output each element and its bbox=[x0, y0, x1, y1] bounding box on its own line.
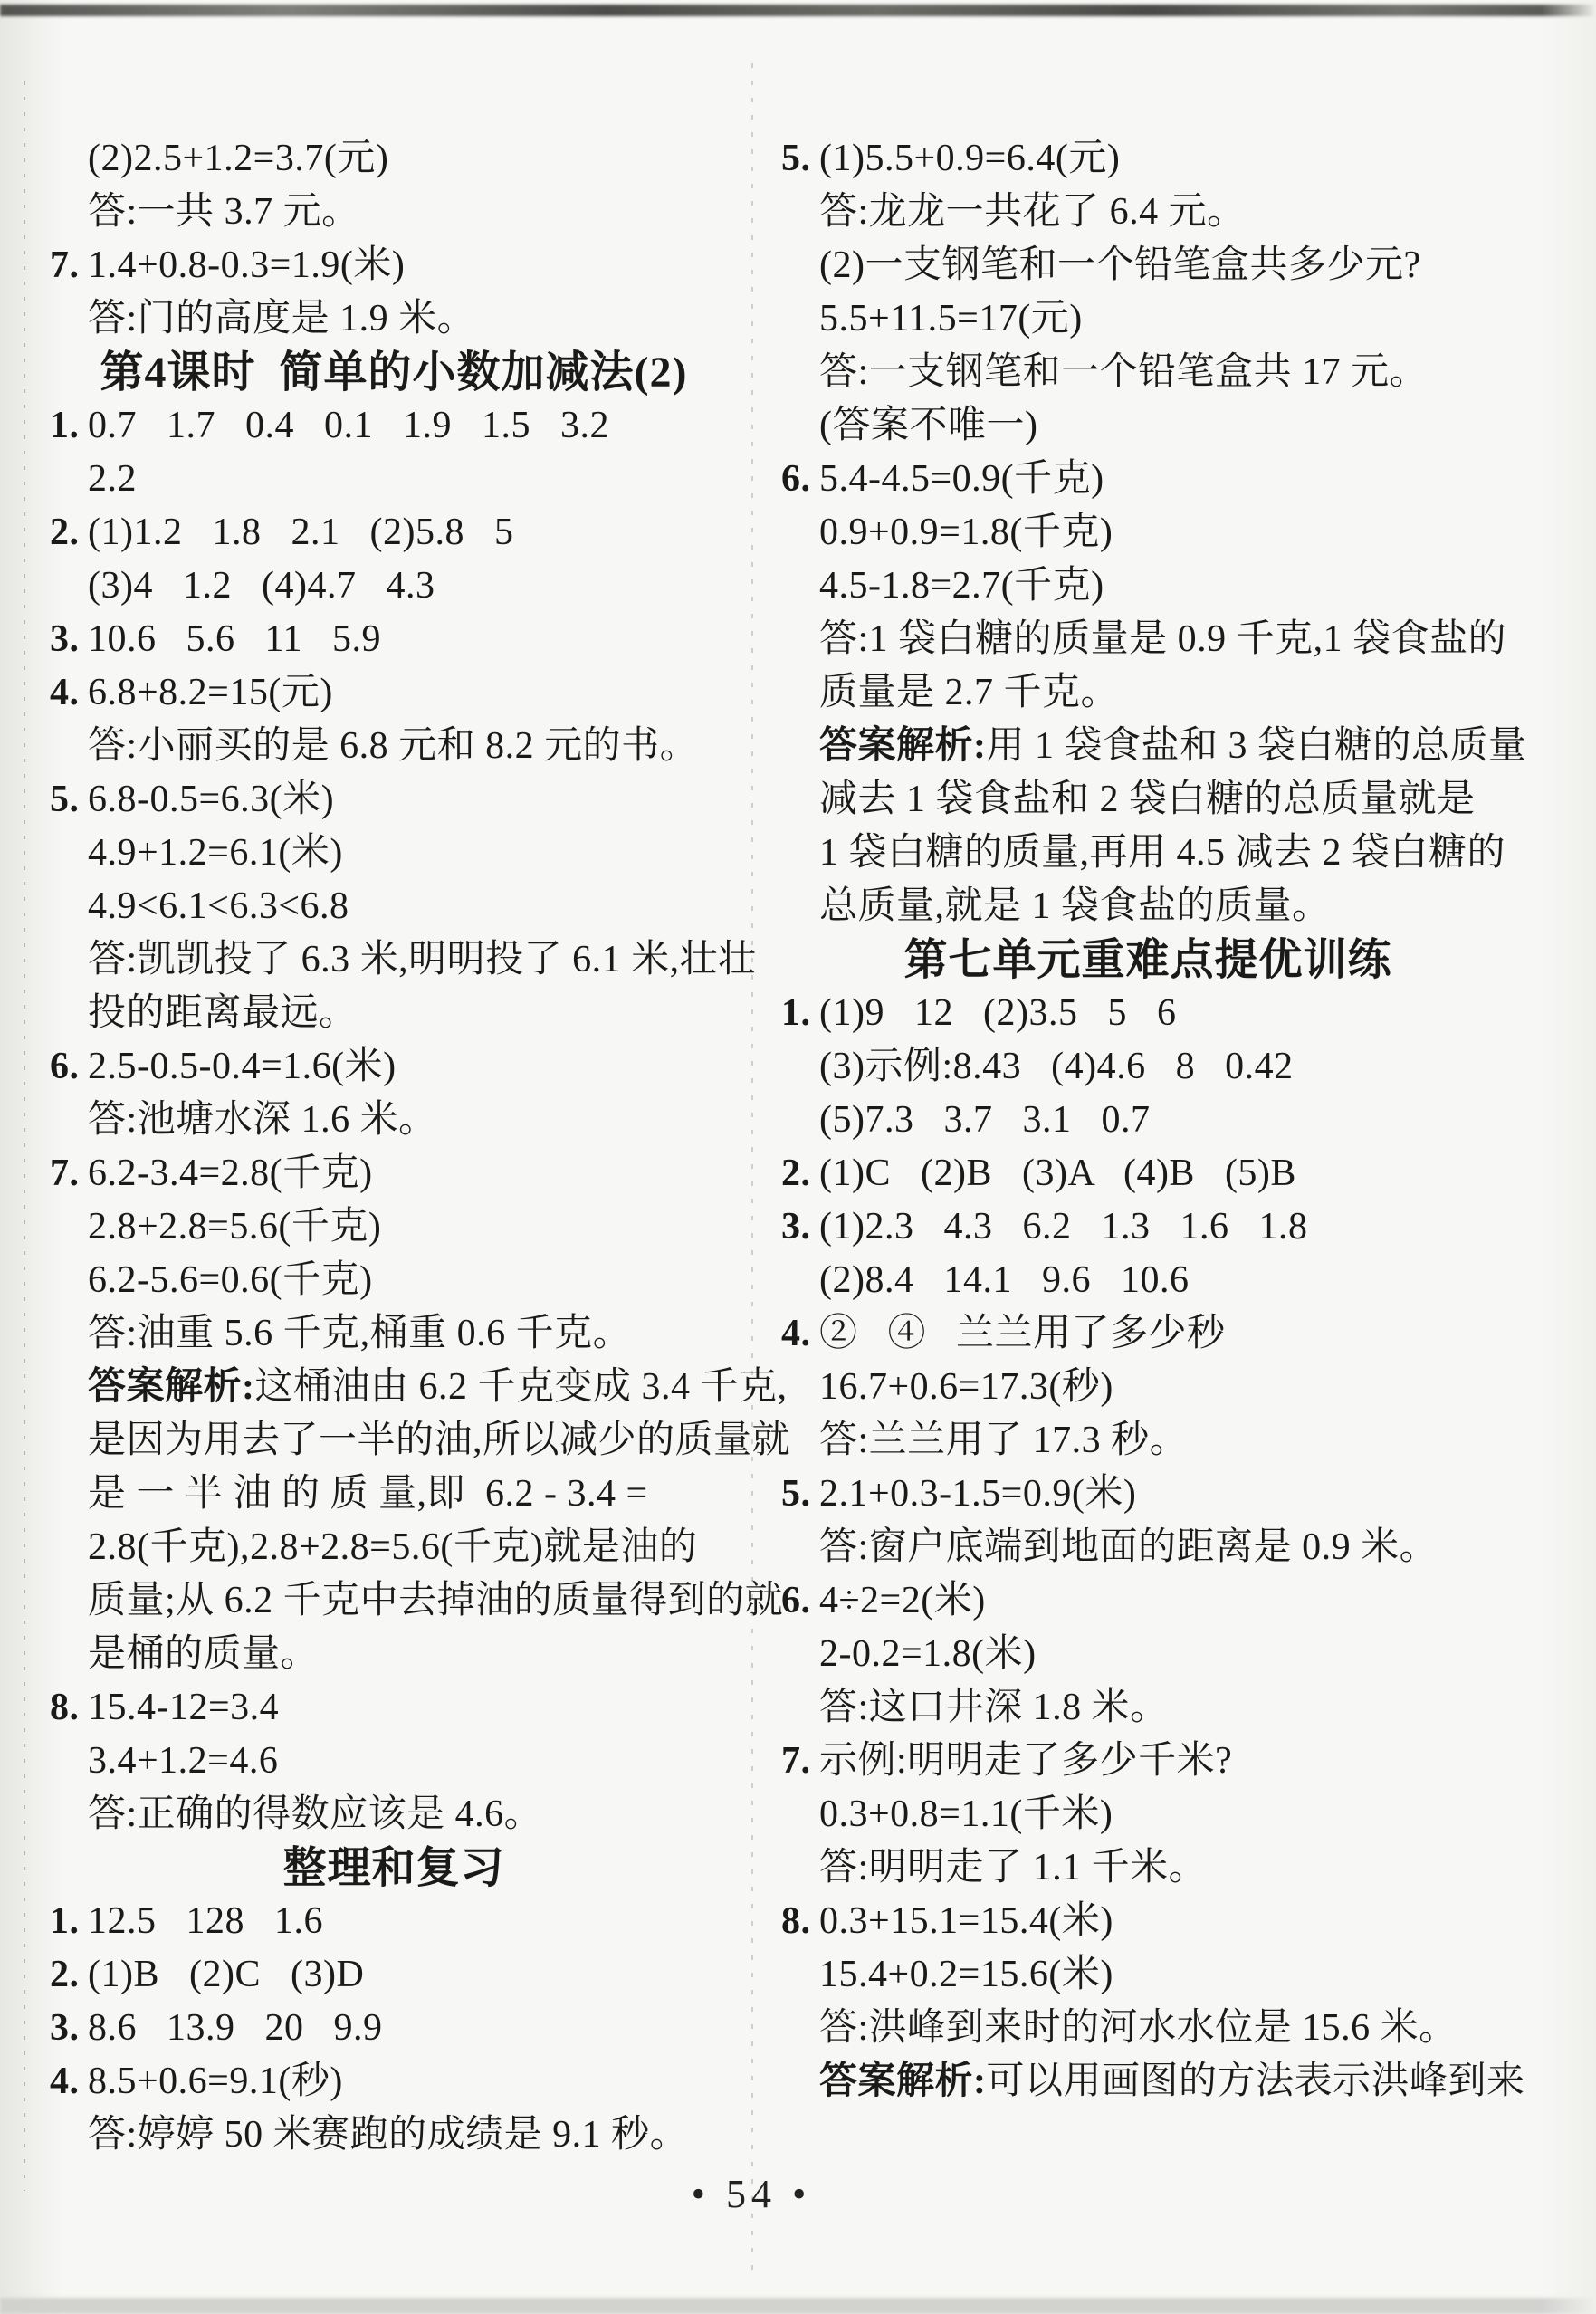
answer-line: 减去 1 袋食盐和 2 袋白糖的总质量就是 bbox=[781, 773, 1515, 827]
item-number: 1. bbox=[781, 987, 819, 1040]
answer-line: 15.4+0.2=15.6(米) bbox=[781, 1948, 1515, 2002]
item-number: 5. bbox=[781, 1468, 819, 1521]
answer-line: 答:明明走了 1.1 千米。 bbox=[781, 1841, 1515, 1895]
answer-line: 答:小丽买的是 6.8 元和 8.2 元的书。 bbox=[50, 720, 738, 773]
line-text: 质量;从 6.2 千克中去掉油的质量得到的就 bbox=[88, 1580, 783, 1621]
line-text: 第4课时 简单的小数加减法(2) bbox=[100, 349, 688, 397]
line-text: 这桶油由 6.2 千克变成 3.4 千克, bbox=[255, 1366, 788, 1408]
column-divider-dotted-line bbox=[751, 63, 753, 2272]
item-number: 2. bbox=[781, 1147, 819, 1200]
line-text: 减去 1 袋食盐和 2 袋白糖的总质量就是 bbox=[819, 779, 1476, 820]
answer-analysis-label: 答案解析: bbox=[88, 1366, 255, 1408]
section-header: 第4课时 简单的小数加减法(2) bbox=[50, 346, 738, 399]
answer-line: 2-0.2=1.8(米) bbox=[781, 1628, 1515, 1681]
answer-line: 答案解析:这桶油由 6.2 千克变成 3.4 千克, bbox=[50, 1361, 738, 1414]
line-text: 答:明明走了 1.1 千米。 bbox=[819, 1847, 1207, 1888]
answer-line: 答:兰兰用了 17.3 秒。 bbox=[781, 1414, 1515, 1468]
line-text: 答:一支钢笔和一个铅笔盒共 17 元。 bbox=[819, 351, 1428, 393]
answer-line: 7.示例:明明走了多少千米? bbox=[781, 1735, 1515, 1788]
item-number: 3. bbox=[781, 1200, 819, 1254]
line-text: (1)C (2)B (3)A (4)B (5)B bbox=[819, 1152, 1296, 1194]
answer-line: 4.9+1.2=6.1(米) bbox=[50, 827, 738, 880]
line-text: (1)5.5+0.9=6.4(元) bbox=[819, 138, 1120, 179]
answer-line: 6.2-5.6=0.6(千克) bbox=[50, 1254, 738, 1307]
answer-line: 答:窗户底端到地面的距离是 0.9 米。 bbox=[781, 1521, 1515, 1574]
answer-line: 3.10.6 5.6 11 5.9 bbox=[50, 613, 738, 666]
answer-line: 5.(1)5.5+0.9=6.4(元) bbox=[781, 132, 1515, 186]
line-text: 0.7 1.7 0.4 0.1 1.9 1.5 3.2 bbox=[88, 405, 609, 446]
workbook-answer-page: (2)2.5+1.2=3.7(元)答:一共 3.7 元。7.1.4+0.8-0.… bbox=[0, 0, 1596, 2314]
line-text: 16.7+0.6=17.3(秒) bbox=[819, 1366, 1113, 1408]
answer-line: 5.2.1+0.3-1.5=0.9(米) bbox=[781, 1468, 1515, 1521]
line-text: 答:一共 3.7 元。 bbox=[88, 191, 360, 233]
line-text: 可以用画图的方法表示洪峰到来 bbox=[987, 2061, 1525, 2102]
line-text: (2)一支钢笔和一个铅笔盒共多少元? bbox=[819, 244, 1421, 286]
item-number: 2. bbox=[50, 506, 88, 559]
line-text: 1.4+0.8-0.3=1.9(米) bbox=[88, 244, 405, 286]
answer-line: 8.15.4-12=3.4 bbox=[50, 1681, 738, 1735]
item-number: 4. bbox=[50, 666, 88, 720]
line-text: 15.4-12=3.4 bbox=[88, 1687, 279, 1728]
item-number: 6. bbox=[50, 1040, 88, 1094]
item-number: 7. bbox=[781, 1735, 819, 1788]
item-number: 4. bbox=[781, 1307, 819, 1361]
answer-line: 答:油重 5.6 千克,桶重 0.6 千克。 bbox=[50, 1307, 738, 1361]
line-text: 答:池塘水深 1.6 米。 bbox=[88, 1099, 437, 1141]
answer-analysis-label: 答案解析: bbox=[819, 725, 987, 767]
line-text: 2.5-0.5-0.4=1.6(米) bbox=[88, 1046, 397, 1087]
line-text: 答:窗户底端到地面的距离是 0.9 米。 bbox=[819, 1526, 1438, 1568]
item-number: 4. bbox=[50, 2055, 88, 2108]
line-text: 是桶的质量。 bbox=[88, 1633, 319, 1675]
line-text: 答:小丽买的是 6.8 元和 8.2 元的书。 bbox=[88, 725, 698, 767]
line-text: 2.1+0.3-1.5=0.9(米) bbox=[819, 1473, 1136, 1515]
line-text: (1)2.3 4.3 6.2 1.3 1.6 1.8 bbox=[819, 1206, 1307, 1248]
line-text: 8.6 13.9 20 9.9 bbox=[88, 2007, 383, 2049]
line-text: 投的距离最远。 bbox=[88, 992, 358, 1034]
answer-line: 3.4+1.2=4.6 bbox=[50, 1735, 738, 1788]
line-text: 5.5+11.5=17(元) bbox=[819, 298, 1083, 339]
answer-line: 答:一支钢笔和一个铅笔盒共 17 元。 bbox=[781, 346, 1515, 399]
line-text: 4÷2=2(米) bbox=[819, 1580, 986, 1621]
answer-line: (3)4 1.2 (4)4.7 4.3 bbox=[50, 559, 738, 613]
answer-line: 2.2 bbox=[50, 453, 738, 506]
line-text: ② ④ 兰兰用了多少秒 bbox=[819, 1313, 1226, 1354]
line-text: 0.3+15.1=15.4(米) bbox=[819, 1900, 1113, 1942]
line-text: 8.5+0.6=9.1(秒) bbox=[88, 2061, 343, 2102]
answer-line: 1.0.7 1.7 0.4 0.1 1.9 1.5 3.2 bbox=[50, 399, 738, 453]
answer-line: (2)2.5+1.2=3.7(元) bbox=[50, 132, 738, 186]
line-text: (1)B (2)C (3)D bbox=[88, 1954, 364, 1995]
answer-line: 8.0.3+15.1=15.4(米) bbox=[781, 1895, 1515, 1948]
line-text: (1)1.2 1.8 2.1 (2)5.8 5 bbox=[88, 512, 513, 553]
answer-line: 4.6.8+8.2=15(元) bbox=[50, 666, 738, 720]
line-text: 答:门的高度是 1.9 米。 bbox=[88, 298, 475, 339]
answer-line: 答:凯凯投了 6.3 米,明明投了 6.1 米,壮壮 bbox=[50, 933, 738, 987]
item-number: 3. bbox=[50, 2002, 88, 2055]
answer-line: (2)8.4 14.1 9.6 10.6 bbox=[781, 1254, 1515, 1307]
answer-line: 2.(1)C (2)B (3)A (4)B (5)B bbox=[781, 1147, 1515, 1200]
line-text: (3)4 1.2 (4)4.7 4.3 bbox=[88, 565, 435, 607]
line-text: 质量是 2.7 千克。 bbox=[819, 672, 1119, 713]
line-text: (2)8.4 14.1 9.6 10.6 bbox=[819, 1259, 1189, 1301]
item-number: 8. bbox=[50, 1681, 88, 1735]
answer-line: 2.(1)B (2)C (3)D bbox=[50, 1948, 738, 2002]
answer-line: 答:正确的得数应该是 4.6。 bbox=[50, 1788, 738, 1841]
answer-line: 0.3+0.8=1.1(千米) bbox=[781, 1788, 1515, 1841]
answer-line: (答案不唯一) bbox=[781, 399, 1515, 453]
answer-line: 投的距离最远。 bbox=[50, 987, 738, 1040]
scan-artifact-bottom-edge bbox=[0, 2298, 1596, 2314]
item-number: 7. bbox=[50, 239, 88, 292]
page-edge-dotted-line bbox=[24, 81, 25, 2191]
item-number: 7. bbox=[50, 1147, 88, 1200]
item-number: 1. bbox=[50, 1895, 88, 1948]
line-text: 1 袋白糖的质量,再用 4.5 减去 2 袋白糖的 bbox=[819, 832, 1505, 874]
answer-line: 0.9+0.9=1.8(千克) bbox=[781, 506, 1515, 559]
answer-line: 答:门的高度是 1.9 米。 bbox=[50, 292, 738, 346]
answer-line: 是因为用去了一半的油,所以减少的质量就 bbox=[50, 1414, 738, 1468]
item-number: 6. bbox=[781, 453, 819, 506]
answer-line: 1.12.5 128 1.6 bbox=[50, 1895, 738, 1948]
item-number: 5. bbox=[50, 773, 88, 827]
line-text: 答:这口井深 1.8 米。 bbox=[819, 1687, 1169, 1728]
answer-line: 答:1 袋白糖的质量是 0.9 千克,1 袋食盐的 bbox=[781, 613, 1515, 666]
answer-line: 4.5-1.8=2.7(千克) bbox=[781, 559, 1515, 613]
line-text: 答:油重 5.6 千克,桶重 0.6 千克。 bbox=[88, 1313, 631, 1354]
answer-line: 7.1.4+0.8-0.3=1.9(米) bbox=[50, 239, 738, 292]
line-text: 10.6 5.6 11 5.9 bbox=[88, 618, 381, 660]
line-text: 用 1 袋食盐和 3 袋白糖的总质量 bbox=[987, 725, 1527, 767]
line-text: 3.4+1.2=4.6 bbox=[88, 1740, 278, 1782]
item-number: 1. bbox=[50, 399, 88, 453]
item-number: 2. bbox=[50, 1948, 88, 2002]
answer-line: 6.5.4-4.5=0.9(千克) bbox=[781, 453, 1515, 506]
line-text: 第七单元重难点提优训练 bbox=[903, 936, 1391, 984]
answer-line: 质量是 2.7 千克。 bbox=[781, 666, 1515, 720]
answer-line: 答:这口井深 1.8 米。 bbox=[781, 1681, 1515, 1735]
answer-line: (2)一支钢笔和一个铅笔盒共多少元? bbox=[781, 239, 1515, 292]
line-text: 总质量,就是 1 袋食盐的质量。 bbox=[819, 885, 1331, 927]
item-number: 8. bbox=[781, 1895, 819, 1948]
answer-line: 答:池塘水深 1.6 米。 bbox=[50, 1094, 738, 1147]
answer-line: 是 一 半 油 的 质 量,即 6.2 - 3.4 = bbox=[50, 1468, 738, 1521]
line-text: 12.5 128 1.6 bbox=[88, 1900, 323, 1942]
line-text: 6.2-5.6=0.6(千克) bbox=[88, 1259, 373, 1301]
line-text: 4.5-1.8=2.7(千克) bbox=[819, 565, 1104, 607]
answer-line: 1.(1)9 12 (2)3.5 5 6 bbox=[781, 987, 1515, 1040]
line-text: (答案不唯一) bbox=[819, 405, 1037, 446]
line-text: 答:1 袋白糖的质量是 0.9 千克,1 袋食盐的 bbox=[819, 618, 1506, 660]
answer-line: 1 袋白糖的质量,再用 4.5 减去 2 袋白糖的 bbox=[781, 827, 1515, 880]
answer-line: 4.② ④ 兰兰用了多少秒 bbox=[781, 1307, 1515, 1361]
answer-line: 3.8.6 13.9 20 9.9 bbox=[50, 2002, 738, 2055]
answer-line: 2.8(千克),2.8+2.8=5.6(千克)就是油的 bbox=[50, 1521, 738, 1574]
answer-line: (5)7.3 3.7 3.1 0.7 bbox=[781, 1094, 1515, 1147]
answer-line: 总质量,就是 1 袋食盐的质量。 bbox=[781, 880, 1515, 933]
line-text: 答:兰兰用了 17.3 秒。 bbox=[819, 1420, 1188, 1461]
answer-line: 答:婷婷 50 米赛跑的成绩是 9.1 秒。 bbox=[50, 2108, 738, 2162]
answer-line: 答案解析:可以用画图的方法表示洪峰到来 bbox=[781, 2055, 1515, 2108]
answer-line: 4.8.5+0.6=9.1(秒) bbox=[50, 2055, 738, 2108]
answer-line: 3.(1)2.3 4.3 6.2 1.3 1.6 1.8 bbox=[781, 1200, 1515, 1254]
answer-line: 答案解析:用 1 袋食盐和 3 袋白糖的总质量 bbox=[781, 720, 1515, 773]
line-text: 答:洪峰到来时的河水水位是 15.6 米。 bbox=[819, 2007, 1457, 2049]
answer-line: 质量;从 6.2 千克中去掉油的质量得到的就 bbox=[50, 1574, 738, 1628]
answer-line: 答:一共 3.7 元。 bbox=[50, 186, 738, 239]
line-text: 整理和复习 bbox=[282, 1844, 504, 1892]
answer-line: 5.5+11.5=17(元) bbox=[781, 292, 1515, 346]
line-text: 是 一 半 油 的 质 量,即 6.2 - 3.4 = bbox=[88, 1473, 648, 1515]
line-text: 答:龙龙一共花了 6.4 元。 bbox=[819, 191, 1246, 233]
section-header: 整理和复习 bbox=[50, 1841, 738, 1895]
item-number: 6. bbox=[781, 1574, 819, 1628]
answer-line: 2.8+2.8=5.6(千克) bbox=[50, 1200, 738, 1254]
answer-line: 是桶的质量。 bbox=[50, 1628, 738, 1681]
page-number: • 54 • bbox=[692, 2171, 812, 2217]
line-text: 是因为用去了一半的油,所以减少的质量就 bbox=[88, 1420, 790, 1461]
line-text: 示例:明明走了多少千米? bbox=[819, 1740, 1232, 1782]
answer-line: 6.4÷2=2(米) bbox=[781, 1574, 1515, 1628]
answer-line: 16.7+0.6=17.3(秒) bbox=[781, 1361, 1515, 1414]
line-text: 2.8(千克),2.8+2.8=5.6(千克)就是油的 bbox=[88, 1526, 697, 1568]
section-header: 第七单元重难点提优训练 bbox=[781, 933, 1515, 987]
line-text: 2.2 bbox=[88, 458, 137, 500]
line-text: (2)2.5+1.2=3.7(元) bbox=[88, 138, 388, 179]
line-text: (3)示例:8.43 (4)4.6 8 0.42 bbox=[819, 1046, 1294, 1087]
answer-line: 5.6.8-0.5=6.3(米) bbox=[50, 773, 738, 827]
line-text: 15.4+0.2=15.6(米) bbox=[819, 1954, 1113, 1995]
line-text: 6.2-3.4=2.8(千克) bbox=[88, 1152, 373, 1194]
answer-line: 答:龙龙一共花了 6.4 元。 bbox=[781, 186, 1515, 239]
line-text: 5.4-4.5=0.9(千克) bbox=[819, 458, 1104, 500]
line-text: 2.8+2.8=5.6(千克) bbox=[88, 1206, 381, 1248]
line-text: (5)7.3 3.7 3.1 0.7 bbox=[819, 1099, 1150, 1141]
answer-line: (3)示例:8.43 (4)4.6 8 0.42 bbox=[781, 1040, 1515, 1094]
line-text: 2-0.2=1.8(米) bbox=[819, 1633, 1037, 1675]
line-text: 6.8-0.5=6.3(米) bbox=[88, 779, 334, 820]
item-number: 5. bbox=[781, 132, 819, 186]
answer-line: 答:洪峰到来时的河水水位是 15.6 米。 bbox=[781, 2002, 1515, 2055]
right-column: 5.(1)5.5+0.9=6.4(元)答:龙龙一共花了 6.4 元。(2)一支钢… bbox=[781, 132, 1515, 2108]
line-text: 4.9<6.1<6.3<6.8 bbox=[88, 885, 349, 927]
answer-line: 4.9<6.1<6.3<6.8 bbox=[50, 880, 738, 933]
line-text: 6.8+8.2=15(元) bbox=[88, 672, 333, 713]
line-text: 0.3+0.8=1.1(千米) bbox=[819, 1793, 1113, 1835]
line-text: 答:婷婷 50 米赛跑的成绩是 9.1 秒。 bbox=[88, 2114, 688, 2156]
line-text: 答:正确的得数应该是 4.6。 bbox=[88, 1793, 542, 1835]
answer-line: 7.6.2-3.4=2.8(千克) bbox=[50, 1147, 738, 1200]
scan-artifact-top-edge bbox=[0, 5, 1596, 16]
item-number: 3. bbox=[50, 613, 88, 666]
answer-line: 6.2.5-0.5-0.4=1.6(米) bbox=[50, 1040, 738, 1094]
line-text: 答:凯凯投了 6.3 米,明明投了 6.1 米,壮壮 bbox=[88, 939, 757, 980]
left-column: (2)2.5+1.2=3.7(元)答:一共 3.7 元。7.1.4+0.8-0.… bbox=[50, 132, 738, 2162]
line-text: (1)9 12 (2)3.5 5 6 bbox=[819, 992, 1176, 1034]
answer-line: 2.(1)1.2 1.8 2.1 (2)5.8 5 bbox=[50, 506, 738, 559]
line-text: 4.9+1.2=6.1(米) bbox=[88, 832, 343, 874]
answer-analysis-label: 答案解析: bbox=[819, 2061, 987, 2102]
line-text: 0.9+0.9=1.8(千克) bbox=[819, 512, 1113, 553]
